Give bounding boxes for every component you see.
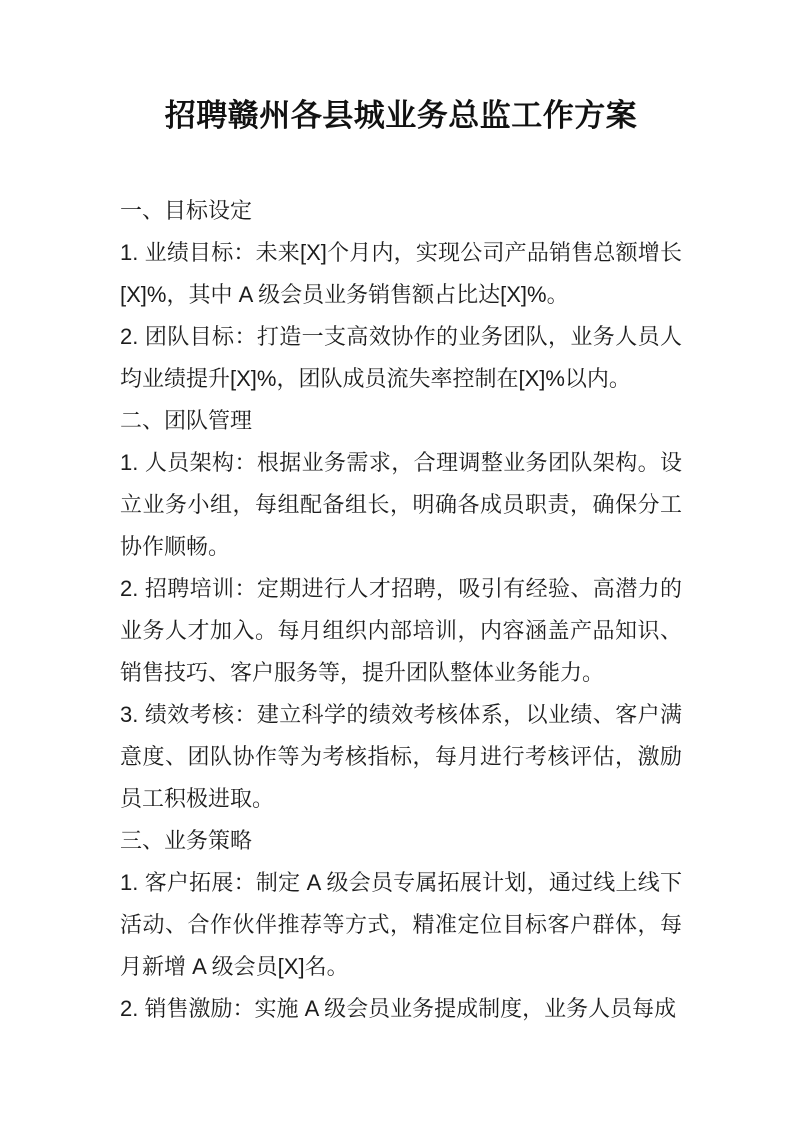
section-heading-goals: 一、目标设定 [120,190,682,232]
paragraph-performance-review: 3. 绩效考核：建立科学的绩效考核体系，以业绩、客户满意度、团队协作等为考核指标… [120,694,682,820]
paragraph-staff-structure: 1. 人员架构：根据业务需求，合理调整业务团队架构。设立业务小组，每组配备组长，… [120,442,682,568]
section-heading-business-strategy: 三、业务策略 [120,820,682,862]
document-page: 招聘赣州各县城业务总监工作方案 一、目标设定 1. 业绩目标：未来[X]个月内，… [0,0,800,1130]
document-title: 招聘赣州各县城业务总监工作方案 [120,98,682,134]
paragraph-customer-expansion: 1. 客户拓展：制定 A 级会员专属拓展计划，通过线上线下活动、合作伙伴推荐等方… [120,862,682,988]
paragraph-team-goal: 2. 团队目标：打造一支高效协作的业务团队，业务人员人均业绩提升[X]%，团队成… [120,316,682,400]
document-body: 一、目标设定 1. 业绩目标：未来[X]个月内，实现公司产品销售总额增长[X]%… [120,190,682,1030]
paragraph-recruitment-training: 2. 招聘培训：定期进行人才招聘，吸引有经验、高潜力的业务人才加入。每月组织内部… [120,568,682,694]
paragraph-sales-incentive: 2. 销售激励：实施 A 级会员业务提成制度，业务人员每成 [120,988,682,1030]
paragraph-performance-goal: 1. 业绩目标：未来[X]个月内，实现公司产品销售总额增长[X]%，其中 A 级… [120,232,682,316]
section-heading-team-management: 二、团队管理 [120,400,682,442]
